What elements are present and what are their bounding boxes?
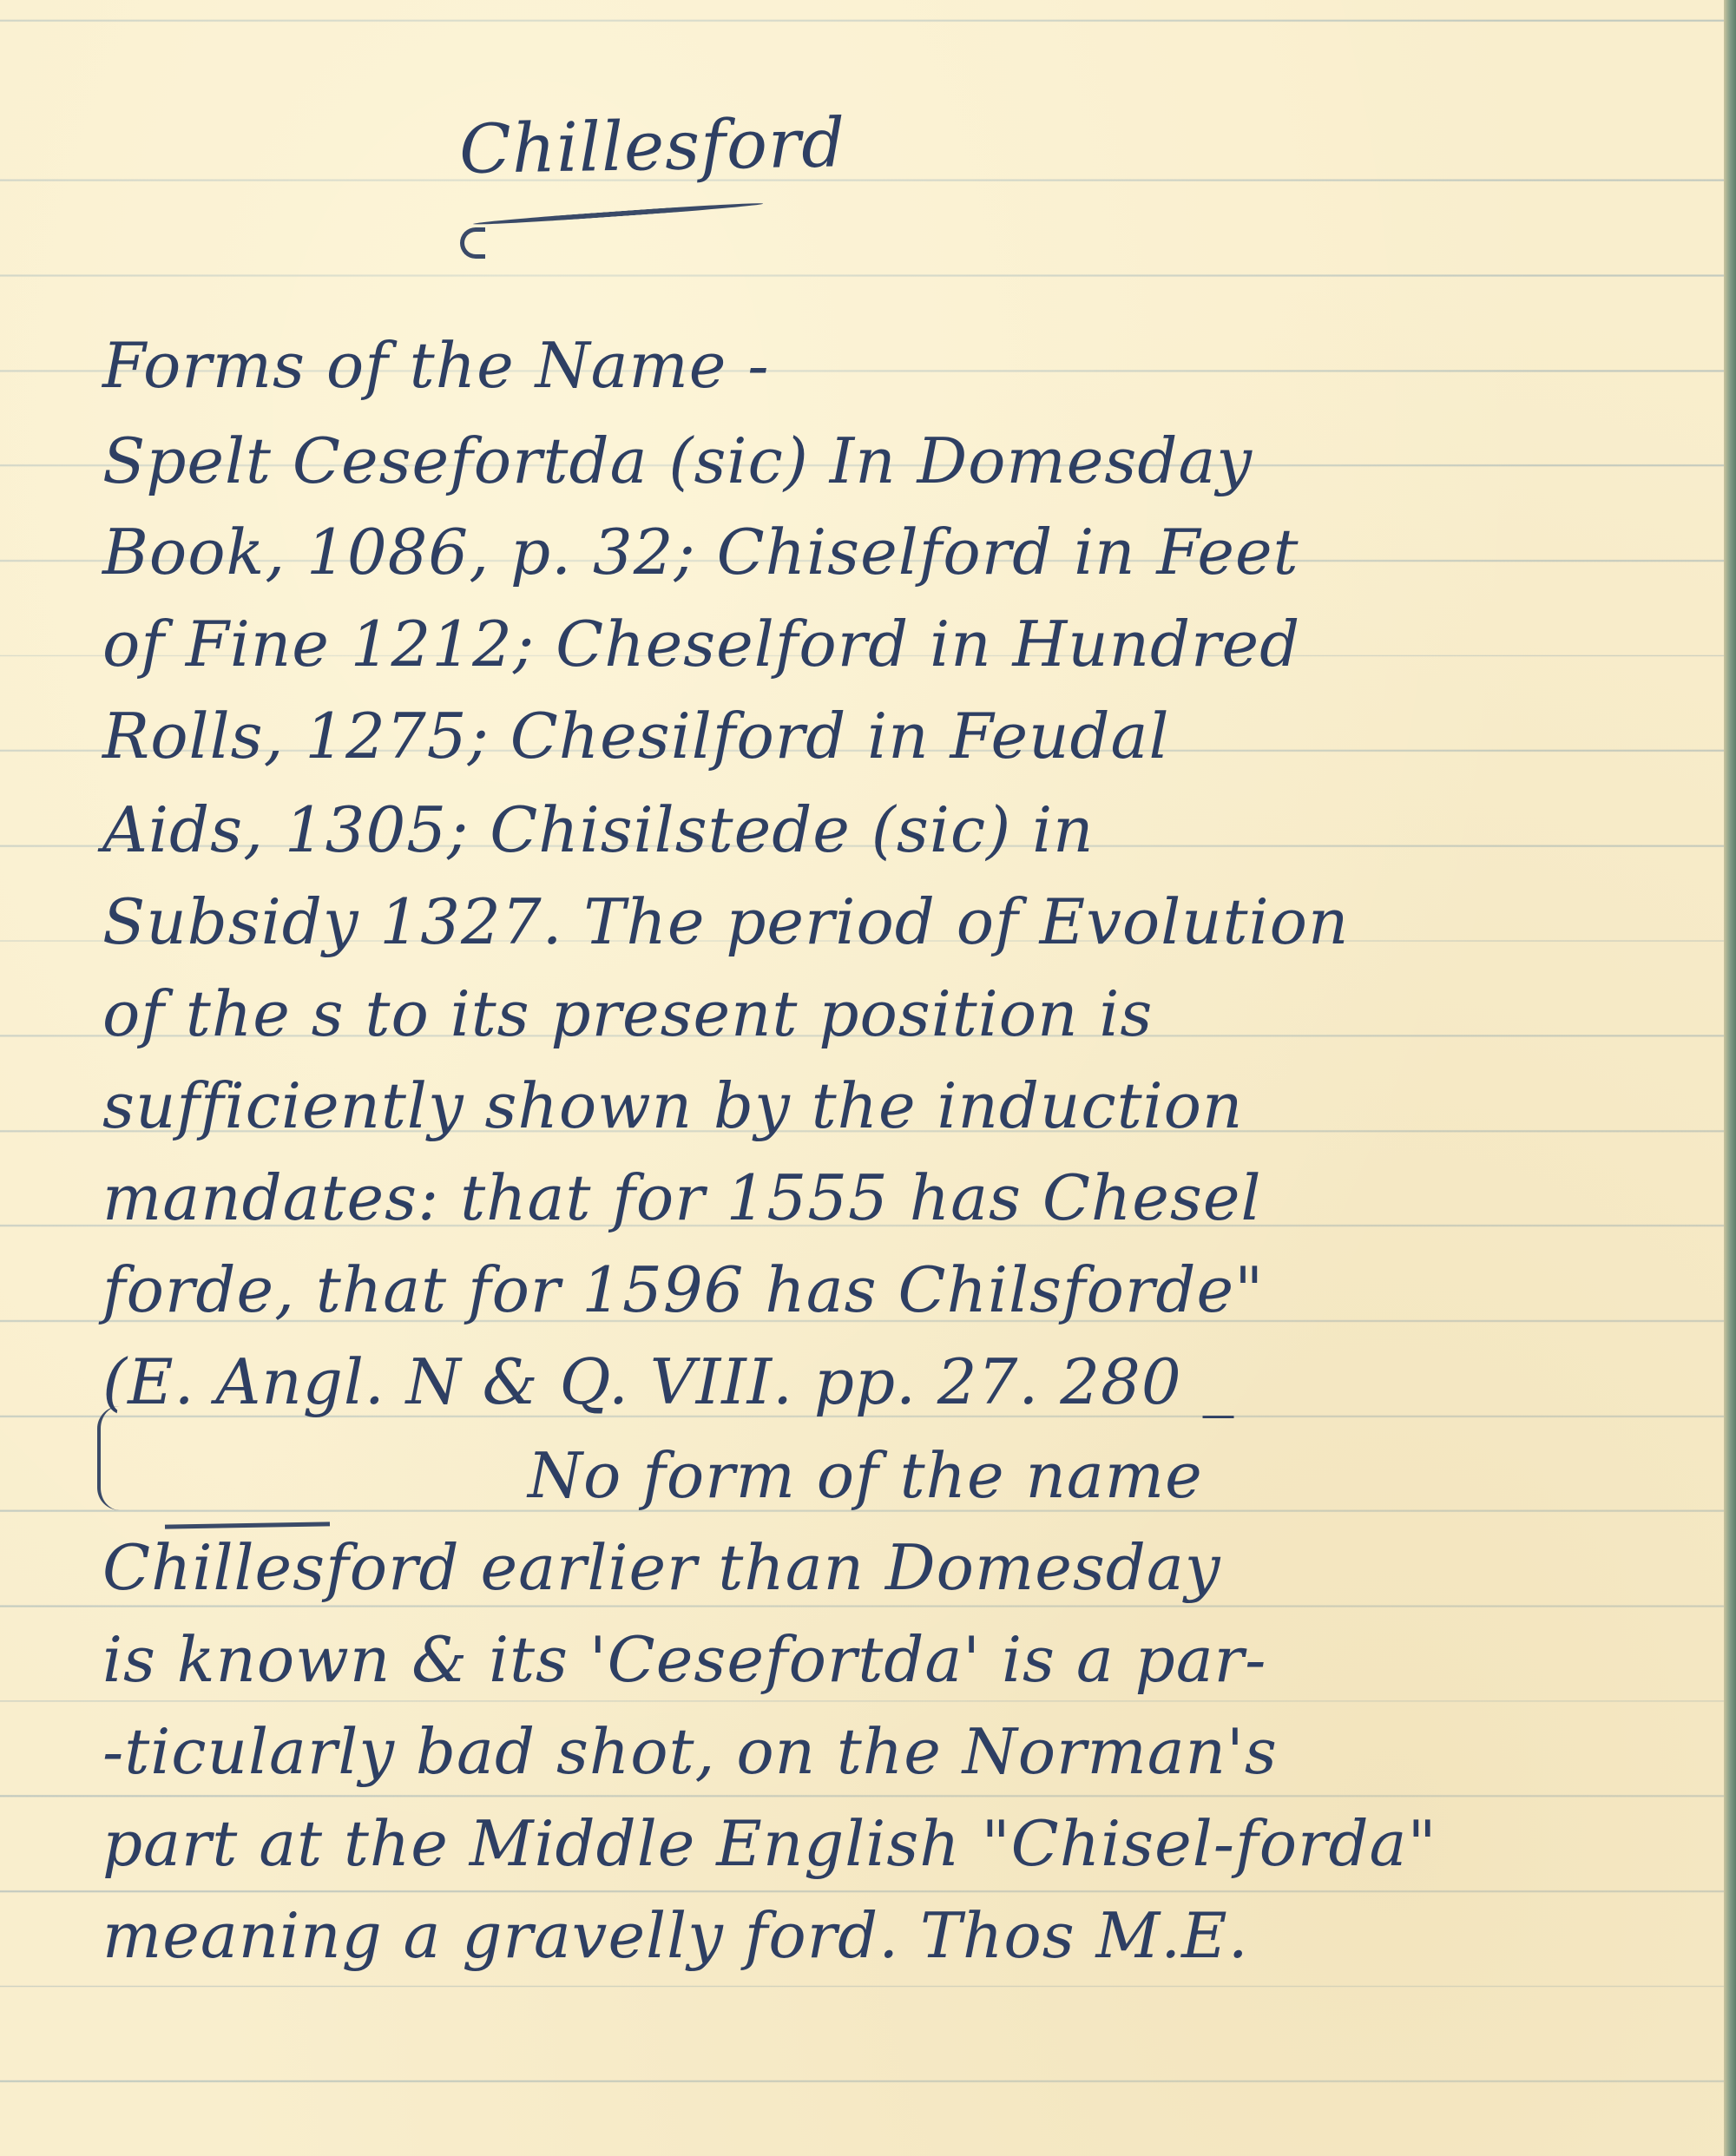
- text-line: mandates: that for 1555 has Chesel: [102, 1167, 1261, 1229]
- text-line: Book, 1086, p. 32; Chiselford in Feet: [102, 521, 1299, 583]
- text-line: Chillesford earlier than Domesday: [102, 1536, 1221, 1599]
- text-line-indented: No form of the name: [528, 1444, 1203, 1507]
- paragraph-separator-dash: [165, 1522, 330, 1528]
- text-line: of the s to its present position is: [102, 983, 1153, 1045]
- text-line-signature: meaning a gravelly ford. Thos M.E.: [102, 1904, 1249, 1967]
- text-line: part at the Middle English "Chisel-forda…: [102, 1812, 1437, 1875]
- text-line: Spelt Cesefortda (sic) In Domesday: [102, 430, 1253, 492]
- page-binding-edge: [1724, 0, 1736, 2156]
- page-title: Chillesford: [458, 104, 846, 189]
- text-line: is known & its 'Cesefortda' is a par-: [102, 1628, 1266, 1691]
- text-line: Subsidy 1327. The period of Evolution: [102, 891, 1349, 953]
- bracket-flourish: [97, 1406, 120, 1510]
- text-line-heading: Forms of the Name -: [102, 334, 770, 397]
- text-line: sufficiently shown by the induction: [102, 1075, 1243, 1137]
- text-line: -ticularly bad shot, on the Norman's: [102, 1720, 1278, 1783]
- title-underline: [473, 201, 764, 227]
- text-line: Aids, 1305; Chisilstede (sic) in: [102, 799, 1095, 861]
- notebook-page: Chillesford Forms of the Name - Spelt Ce…: [0, 0, 1736, 2156]
- text-line: Rolls, 1275; Chesilford in Feudal: [102, 705, 1170, 767]
- text-line-citation: (E. Angl. N & Q. VIII. pp. 27. 280 _: [102, 1351, 1235, 1413]
- title-underline-flourish: [460, 227, 485, 259]
- text-line: of Fine 1212; Cheselford in Hundred: [102, 613, 1300, 675]
- text-line: forde, that for 1596 has Chilsforde": [102, 1259, 1264, 1321]
